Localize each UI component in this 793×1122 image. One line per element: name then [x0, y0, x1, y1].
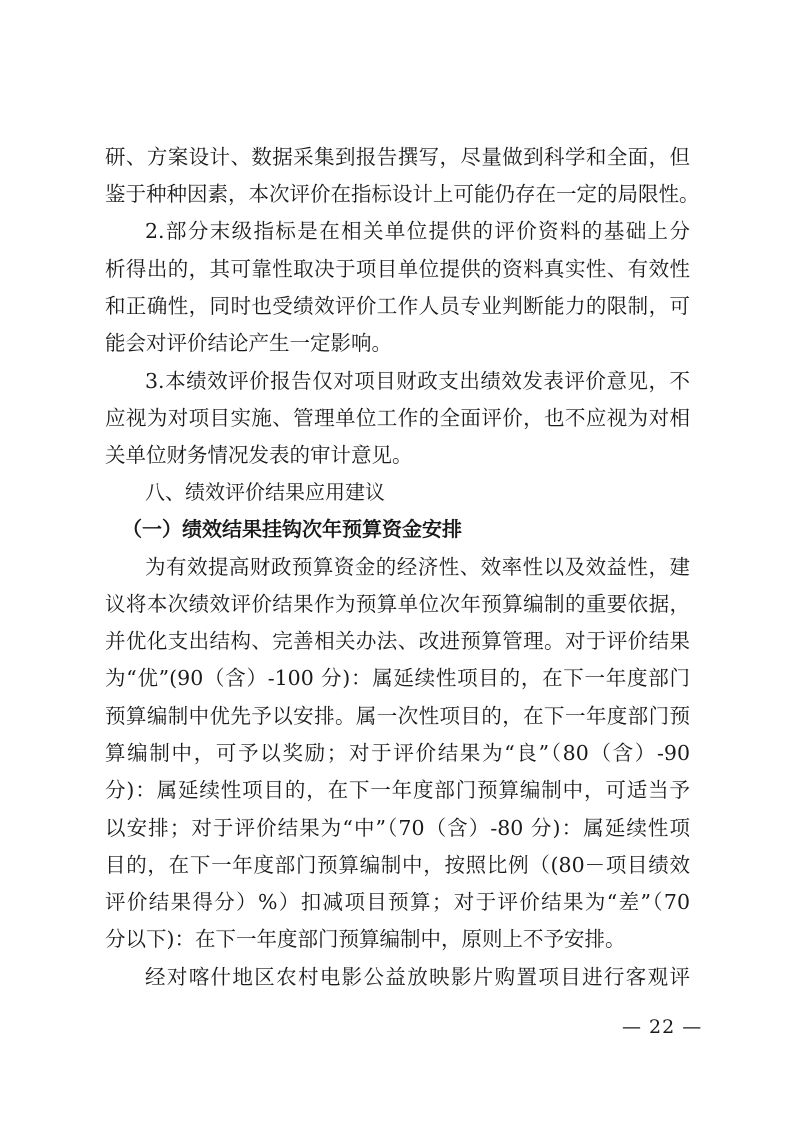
subsection-heading: （一）绩效结果挂钩次年预算资金安排: [122, 514, 707, 544]
paragraph-first-line: 为有效提高财政预算资金的经济性、效率性以及效益性，建: [145, 552, 690, 582]
body-line: 为“优”(90（含）-100 分)：属延续性项目的，在下一年度部门: [105, 663, 690, 693]
body-line: 和正确性，同时也受绩效评价工作人员专业判断能力的限制，可: [105, 291, 690, 321]
body-line: 研、方案设计、数据采集到报告撰写，尽量做到科学和全面，但: [105, 142, 690, 172]
list-item-2-line: 2.部分末级指标是在相关单位提供的评价资料的基础上分: [145, 216, 690, 246]
document-page: 研、方案设计、数据采集到报告撰写，尽量做到科学和全面，但 鉴于种种因素，本次评价…: [0, 0, 793, 1122]
body-line: 预算编制中优先予以安排。属一次性项目的，在下一年度部门预: [105, 701, 690, 731]
list-item-3-line: 3.本绩效评价报告仅对项目财政支出绩效发表评价意见，不: [145, 366, 690, 396]
body-line: 算编制中，可予以奖励；对于评价结果为“良”（80（含）-90: [105, 738, 690, 768]
body-line: 能会对评价结论产生一定影响。: [105, 328, 690, 358]
body-line: 评价结果得分）%）扣减项目预算；对于评价结果为“差”（70: [105, 887, 690, 917]
body-line: 关单位财务情况发表的审计意见。: [105, 440, 690, 470]
paragraph-first-line: 经对喀什地区农村电影公益放映影片购置项目进行客观评: [145, 962, 690, 992]
body-line: 鉴于种种因素，本次评价在指标设计上可能仍存在一定的局限性。: [105, 179, 690, 209]
body-line: 分以下)：在下一年度部门预算编制中，原则上不予安排。: [105, 924, 690, 954]
body-line: 析得出的，其可靠性取决于项目单位提供的资料真实性、有效性: [105, 254, 690, 284]
page-number: — 22 —: [622, 1016, 702, 1038]
body-line: 应视为对项目实施、管理单位工作的全面评价，也不应视为对相: [105, 403, 690, 433]
body-line: 并优化支出结构、完善相关办法、改进预算管理。对于评价结果: [105, 626, 690, 656]
body-line: 议将本次绩效评价结果作为预算单位次年预算编制的重要依据，: [105, 589, 690, 619]
body-line: 分)：属延续性项目的，在下一年度部门预算编制中，可适当予: [105, 775, 690, 805]
section-heading: 八、绩效评价结果应用建议: [145, 477, 690, 507]
body-line: 目的，在下一年度部门预算编制中，按照比例（(80－项目绩效: [105, 850, 690, 880]
body-line: 以安排；对于评价结果为“中”（70（含）-80 分)：属延续性项: [105, 813, 690, 843]
